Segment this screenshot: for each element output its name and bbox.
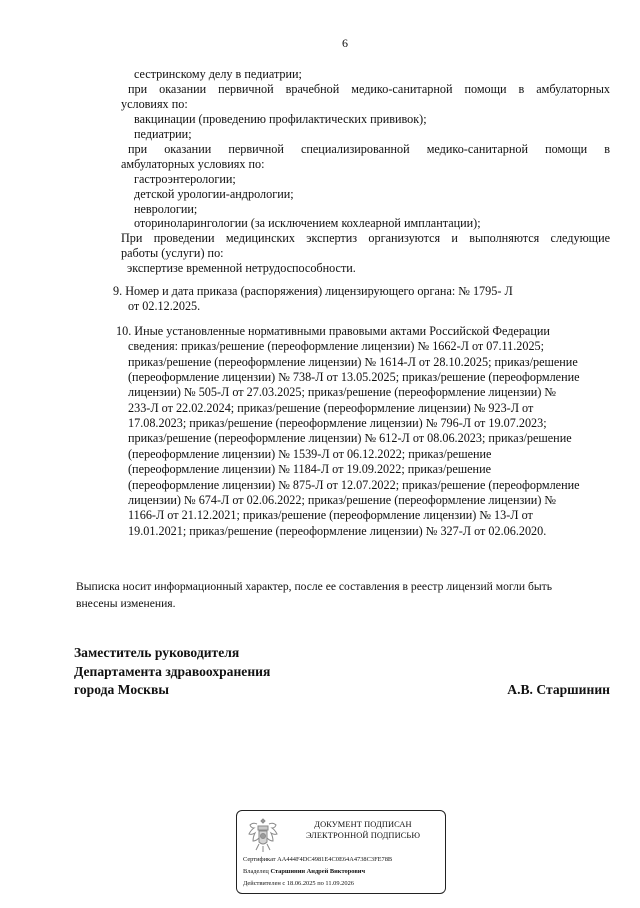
stamp-title: ДОКУМЕНТ ПОДПИСАН ЭЛЕКТРОННОЙ ПОДПИСЬЮ: [281, 820, 445, 841]
certificate-number: AA444F4DC4981E4C0E64A4738C3FE78B: [277, 856, 392, 863]
e-signature-stamp: ДОКУМЕНТ ПОДПИСАН ЭЛЕКТРОННОЙ ПОДПИСЬЮ С…: [236, 810, 446, 894]
signatory-name: А.В. Старшинин: [507, 680, 610, 699]
body-line: при оказании первичной специализированно…: [128, 141, 610, 157]
notice-line: внесены изменения.: [76, 595, 176, 612]
body-line: экспертизе временной нетрудоспособности.: [127, 260, 356, 276]
body-line: условиях по:: [121, 96, 188, 112]
body-line: амбулаторных условиях по:: [121, 156, 265, 172]
item-10-line: (переоформление лицензии) № 1184-Л от 19…: [128, 461, 491, 477]
body-line: оториноларингологии (за исключением кохл…: [134, 215, 481, 231]
item-9-line: от 02.12.2025.: [128, 298, 200, 314]
item-10-line: 1166-Л от 21.12.2021; приказ/решение (пе…: [128, 507, 533, 523]
page-number: 6: [0, 36, 640, 51]
item-10-line: сведения: приказ/решение (переоформление…: [128, 338, 544, 354]
body-line: гастроэнтерологии;: [134, 171, 236, 187]
signatory-position: города Москвы: [74, 680, 169, 699]
item-10-line: 17.08.2023; приказ/решение (переоформлен…: [128, 415, 547, 431]
item-10-line: лицензии) № 674-Л от 02.06.2022; приказ/…: [128, 492, 556, 508]
signatory-position: Департамента здравоохранения: [74, 662, 270, 681]
body-line: вакцинации (проведению профилактических …: [134, 111, 427, 127]
item-10-line: 19.01.2021; приказ/решение (переоформлен…: [128, 523, 546, 539]
notice-line: Выписка носит информационный характер, п…: [76, 578, 552, 595]
body-line: детской урологии-андрологии;: [134, 186, 294, 202]
item-9-line: 9. Номер и дата приказа (распоряжения) л…: [113, 283, 513, 299]
body-line: педиатрии;: [134, 126, 192, 142]
item-10-line: приказ/решение (переоформление лицензии)…: [128, 354, 578, 370]
signatory-position: Заместитель руководителя: [74, 643, 239, 662]
body-line: При проведении медицинских экспертиз орг…: [121, 230, 610, 246]
item-10-line: лицензии) № 505-Л от 27.03.2025; приказ/…: [128, 384, 556, 400]
item-10-line: (переоформление лицензии) № 738-Л от 13.…: [128, 369, 580, 385]
owner-row: Владелец Старшинин Андрей Викторович: [243, 867, 365, 876]
russian-coat-of-arms-icon: [245, 816, 281, 856]
item-10-line: 233-Л от 22.02.2024; приказ/решение (пер…: [128, 400, 533, 416]
item-10-line: (переоформление лицензии) № 1539-Л от 06…: [128, 446, 491, 462]
body-line: работы (услуги) по:: [121, 245, 224, 261]
item-10-line: 10. Иные установленные нормативными прав…: [116, 323, 550, 339]
item-10-line: приказ/решение (переоформление лицензии)…: [128, 430, 572, 446]
owner-name: Старшинин Андрей Викторович: [270, 868, 365, 875]
body-line: при оказании первичной врачебной медико-…: [128, 81, 610, 97]
certificate-row: Сертификат AA444F4DC4981E4C0E64A4738C3FE…: [243, 855, 392, 864]
validity-row: Действителен с 18.06.2025 по 11.09.2026: [243, 879, 354, 888]
body-line: сестринскому делу в педиатрии;: [134, 66, 302, 82]
item-10-line: (переоформление лицензии) № 875-Л от 12.…: [128, 477, 580, 493]
